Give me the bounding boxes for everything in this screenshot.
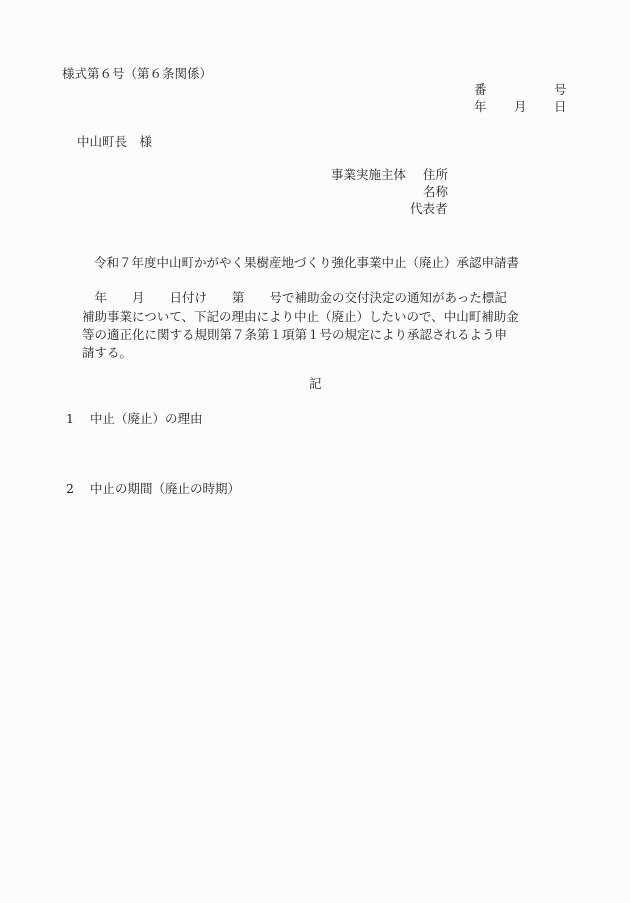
body-line-2: 補助事業について、下記の理由により中止（廃止）したいので、中山町補助金 xyxy=(82,309,519,325)
item-1-number: 1 xyxy=(66,411,74,427)
addressee: 中山町長 様 xyxy=(77,134,152,150)
form-label: 様式第６号（第６条関係） xyxy=(62,66,212,82)
item-2-number: 2 xyxy=(66,481,74,497)
body-line-3: 等の適正化に関する規則第７条第１項第１号の規定により承認されるよう申 xyxy=(82,327,507,343)
ki-heading: 記 xyxy=(309,376,322,392)
body-line-4: 請する。 xyxy=(82,345,132,361)
document-title: 令和７年度中山町かがやく果樹産地づくり強化事業中止（廃止）承認申請書 xyxy=(94,255,519,271)
date-month: 月 xyxy=(514,99,527,115)
date-year: 年 xyxy=(474,99,487,115)
applicant-name-label: 名称 xyxy=(423,184,448,200)
applicant-entity-label: 事業実施主体 xyxy=(331,167,406,183)
number-ban: 番 xyxy=(474,82,487,98)
applicant-representative-label: 代表者 xyxy=(410,201,448,217)
body-line-1: 年 月 日付け 第 号で補助金の交付決定の通知があった標記 xyxy=(82,290,507,306)
date-day: 日 xyxy=(554,99,567,115)
number-go: 号 xyxy=(554,82,567,98)
item-1-label: 中止（廃止）の理由 xyxy=(90,411,203,427)
item-2-label: 中止の期間（廃止の時期） xyxy=(90,481,240,497)
applicant-address-label: 住所 xyxy=(423,167,448,183)
